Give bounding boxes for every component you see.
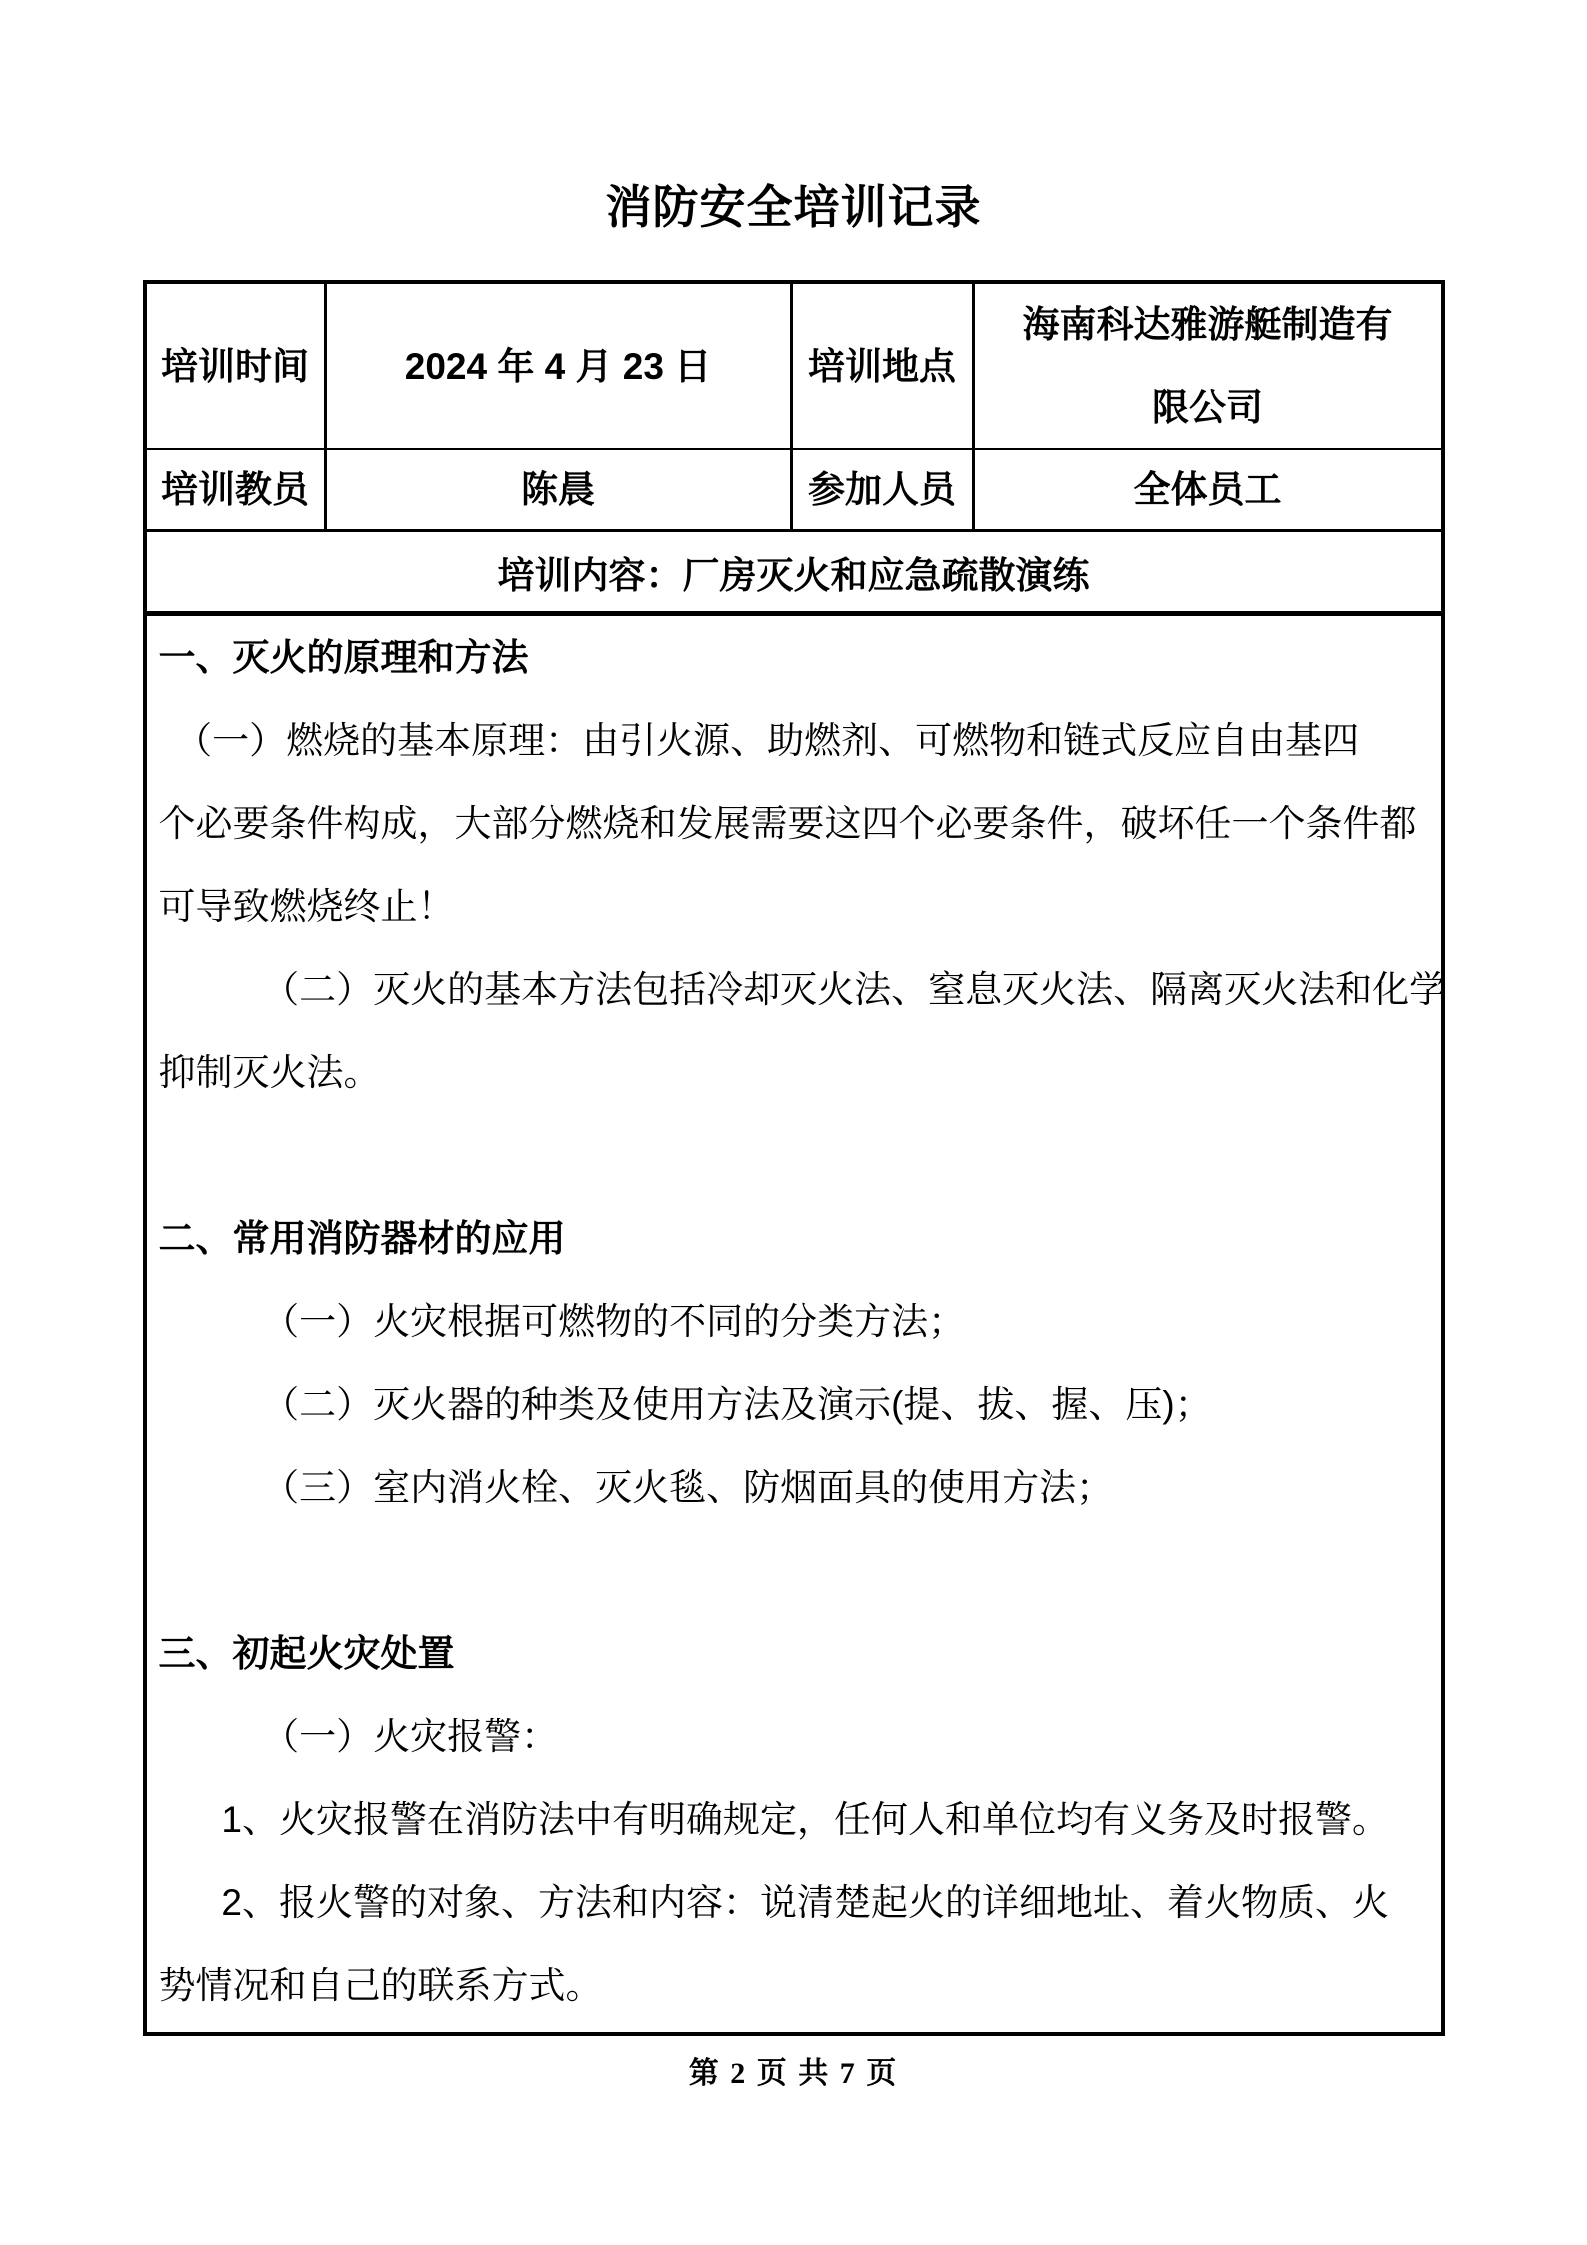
content-line: 可导致燃烧终止！ (159, 865, 1427, 948)
value-participants: 全体员工 (975, 450, 1441, 529)
value-training-time: 2024 年 4 月 23 日 (327, 284, 793, 448)
label-training-place: 培训地点 (793, 284, 975, 448)
content-line: 1、火灾报警在消防法中有明确规定，任何人和单位均有义务及时报警。 (159, 1778, 1427, 1861)
label-participants: 参加人员 (793, 450, 975, 529)
document-page: 消防安全培训记录 培训时间 2024 年 4 月 23 日 培训地点 海南科达雅… (0, 0, 1587, 2245)
content-line: （一）火灾根据可燃物的不同的分类方法； (159, 1280, 1427, 1363)
section-heading: 一、灭火的原理和方法 (159, 616, 1427, 699)
content-line: （一）燃烧的基本原理：由引火源、助燃剂、可燃物和链式反应自由基四 (159, 699, 1427, 782)
section-heading: 三、初起火灾处置 (159, 1612, 1427, 1695)
value-trainer: 陈晨 (327, 450, 793, 529)
blank-line (159, 1529, 1427, 1612)
content-line: （三）室内消火栓、灭火毯、防烟面具的使用方法； (159, 1446, 1427, 1529)
page-number-footer: 第 2 页 共 7 页 (0, 2048, 1587, 2092)
blank-line (159, 1114, 1427, 1197)
label-trainer: 培训教员 (147, 450, 327, 529)
training-content-body: 一、灭火的原理和方法（一）燃烧的基本原理：由引火源、助燃剂、可燃物和链式反应自由… (147, 616, 1441, 2032)
page-title: 消防安全培训记录 (0, 0, 1587, 234)
label-training-time: 培训时间 (147, 284, 327, 448)
content-header-row: 培训内容：厂房灭火和应急疏散演练 (147, 532, 1441, 616)
content-line: 2、报火警的对象、方法和内容：说清楚起火的详细地址、着火物质、火 (159, 1861, 1427, 1944)
content-line: （二）灭火的基本方法包括冷却灭火法、窒息灭火法、隔离灭火法和化学 (159, 948, 1427, 1031)
content-header-text: 培训内容：厂房灭火和应急疏散演练 (498, 545, 1090, 599)
content-line: 个必要条件构成，大部分燃烧和发展需要这四个必要条件，破坏任一个条件都 (159, 782, 1427, 865)
table-row-time-place: 培训时间 2024 年 4 月 23 日 培训地点 海南科达雅游艇制造有 限公司 (147, 284, 1441, 450)
content-line: （二）灭火器的种类及使用方法及演示(提、拔、握、压)； (159, 1363, 1427, 1446)
content-line: （一）火灾报警： (159, 1695, 1427, 1778)
content-line: 抑制灭火法。 (159, 1031, 1427, 1114)
table-row-trainer-participants: 培训教员 陈晨 参加人员 全体员工 (147, 450, 1441, 532)
section-heading: 二、常用消防器材的应用 (159, 1197, 1427, 1280)
content-line: 势情况和自己的联系方式。 (159, 1944, 1427, 2027)
training-record-table: 培训时间 2024 年 4 月 23 日 培训地点 海南科达雅游艇制造有 限公司… (143, 280, 1445, 2036)
value-training-place: 海南科达雅游艇制造有 限公司 (975, 284, 1441, 448)
